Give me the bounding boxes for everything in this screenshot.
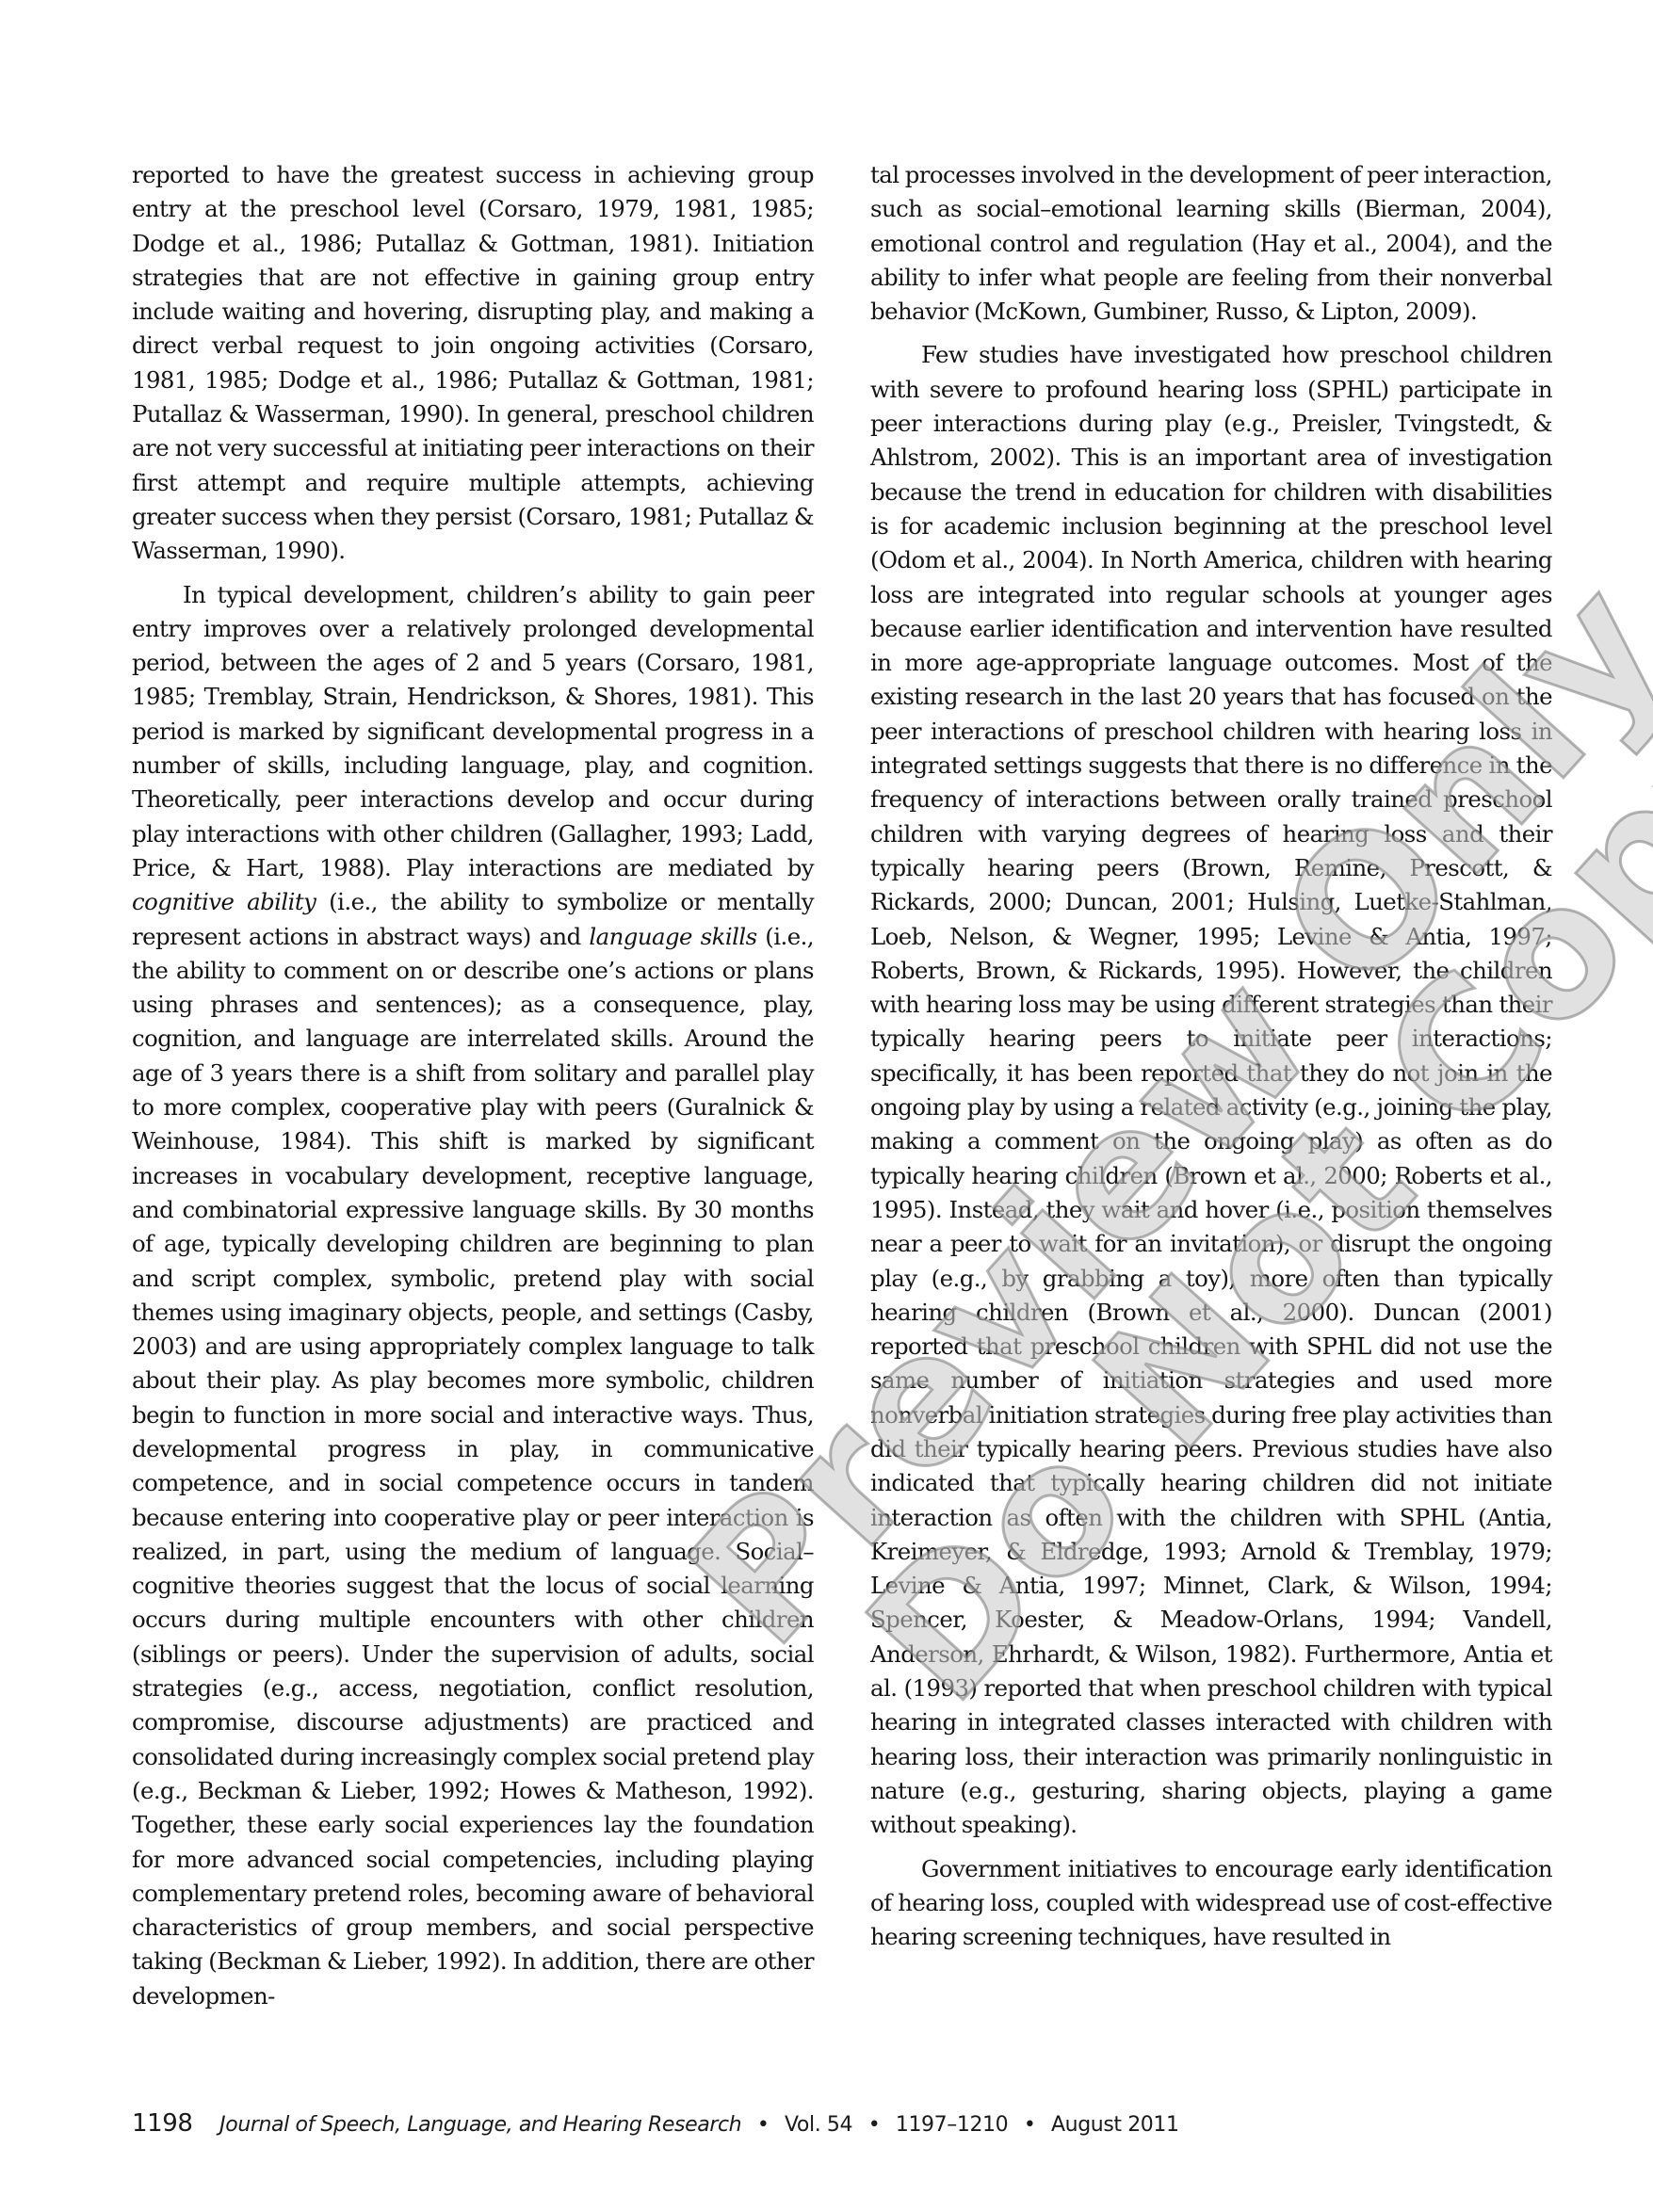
bullet-separator: • — [868, 2113, 881, 2137]
page-range: 1197–1210 — [896, 2113, 1008, 2137]
paragraph-text: (i.e., the ability to comment on or desc… — [132, 923, 814, 2010]
bullet-separator: • — [757, 2113, 770, 2137]
paragraph: Few studies have investigated how presch… — [870, 338, 1552, 1842]
italic-term: cognitive ability — [132, 888, 316, 915]
publication-date: August 2011 — [1051, 2113, 1179, 2137]
paragraph-text: In typical development, children’s abili… — [132, 581, 814, 881]
page-number: 1198 — [132, 2109, 193, 2138]
journal-title: Journal of Speech, Language, and Hearing… — [219, 2113, 741, 2137]
paragraph: Government initiatives to encourage earl… — [870, 1852, 1552, 1955]
volume: Vol. 54 — [785, 2113, 852, 2137]
paragraph: tal processes involved in the developmen… — [870, 158, 1552, 329]
page-footer: 1198 Journal of Speech, Language, and He… — [132, 2109, 1179, 2138]
journal-page: reported to have the greatest success in… — [0, 0, 1653, 2212]
paragraph: reported to have the greatest success in… — [132, 158, 814, 569]
left-column: reported to have the greatest success in… — [132, 158, 814, 2013]
right-column: tal processes involved in the developmen… — [870, 158, 1552, 1954]
bullet-separator: • — [1024, 2113, 1036, 2137]
italic-term: language skills — [589, 923, 756, 950]
paragraph: In typical development, children’s abili… — [132, 578, 814, 2013]
